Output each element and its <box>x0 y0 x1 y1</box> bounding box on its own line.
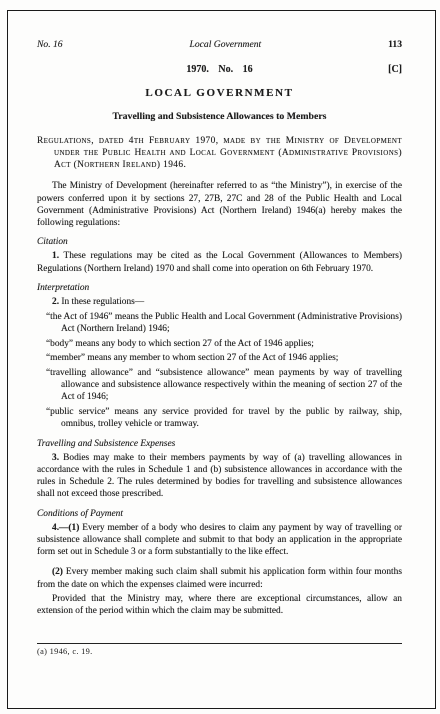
section-heading-citation: Citation <box>37 236 402 248</box>
footnote-block: (a) 1946, c. 19. <box>37 643 402 656</box>
section-heading-expenses: Travelling and Subsistence Expenses <box>37 438 402 450</box>
definition-body: “body” means any body to which section 2… <box>46 338 402 350</box>
section-heading-interpretation: Interpretation <box>37 282 402 294</box>
definition-act-of-1946: “the Act of 1946” means the Public Healt… <box>46 311 402 335</box>
preamble-text: Regulations, dated 4th February 1970, ma… <box>37 135 402 172</box>
paragraph-number: 2. <box>52 297 59 307</box>
document-title: LOCAL GOVERNMENT <box>37 87 402 99</box>
paragraph-number: 4.—(1) <box>52 523 79 533</box>
regulation-paragraph-4-2: (2) Every member making such claim shall… <box>37 566 402 590</box>
running-title: Local Government <box>190 39 262 51</box>
regulation-paragraph-proviso: Provided that the Ministry may, where th… <box>37 593 402 617</box>
regulation-paragraph-4-1: 4.—(1) Every member of a body who desire… <box>37 522 402 559</box>
document-subtitle: Travelling and Subsistence Allowances to… <box>37 111 402 123</box>
regulation-paragraph-2: 2. In these regulations— <box>37 296 402 308</box>
paragraph-number: 3. <box>52 453 59 463</box>
footnote-citation: (a) 1946, c. 19. <box>37 647 402 656</box>
paragraph-text: Provided that the Ministry may, where th… <box>37 594 402 616</box>
issue-line: 1970. No. 16 <box>186 64 252 75</box>
intro-paragraph: The Ministry of Development (hereinafter… <box>37 180 402 229</box>
regulation-paragraph-1: 1. These regulations may be cited as the… <box>37 250 402 274</box>
paragraph-number: (2) <box>52 567 63 577</box>
definition-travelling-allowance: “travelling allowance” and “subsistence … <box>46 367 402 404</box>
regulation-paragraph-3: 3. Bodies may make to their members paym… <box>37 452 402 501</box>
paragraph-text: Every member making such claim shall sub… <box>37 567 402 589</box>
paragraph-text: Every member of a body who desires to cl… <box>37 523 402 557</box>
page-content: No. 16 Local Government 113 1970. No. 16… <box>37 39 402 617</box>
definition-member: “member” means any member to whom sectio… <box>46 352 402 364</box>
copy-mark: [C] <box>388 64 402 76</box>
paragraph-text: These regulations may be cited as the Lo… <box>37 251 402 273</box>
section-heading-conditions: Conditions of Payment <box>37 508 402 520</box>
scanned-document-page: No. 16 Local Government 113 1970. No. 16… <box>0 0 440 714</box>
footnote-rule <box>37 643 402 644</box>
page-number: 113 <box>388 39 402 51</box>
paragraph-text: Bodies may make to their members payment… <box>37 453 402 500</box>
issue-line-row: 1970. No. 16 [C] <box>37 64 402 76</box>
running-header: No. 16 Local Government 113 <box>37 39 402 51</box>
regulation-number: No. 16 <box>37 39 63 51</box>
paragraph-number: 1. <box>52 251 59 261</box>
page-border-frame: No. 16 Local Government 113 1970. No. 16… <box>7 10 436 709</box>
paragraph-text: In these regulations— <box>59 297 144 307</box>
definition-public-service: “public service” means any service provi… <box>46 406 402 430</box>
